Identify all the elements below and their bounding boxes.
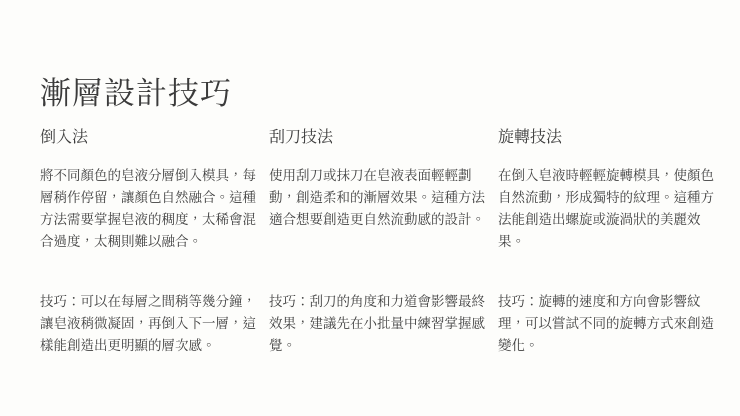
slide: 漸層設計技巧 倒入法 將不同顏色的皂液分層倒入模具，每層稍作停留，讓顏色自然融合…: [0, 0, 740, 416]
section-pouring: 倒入法 將不同顏色的皂液分層倒入模具，每層稍作停留，讓顏色自然融合。這種方法需要…: [40, 126, 258, 253]
section-heading-scraper: 刮刀技法: [269, 126, 487, 150]
section-tip-rotation: 技巧：旋轉的速度和方向會影響紋理，可以嘗試不同的旋轉方式來創造變化。: [498, 291, 716, 357]
section-heading-rotation: 旋轉技法: [498, 126, 716, 150]
section-rotation: 旋轉技法 在倒入皂液時輕輕旋轉模具，使顏色自然流動，形成獨特的紋理。這種方法能創…: [498, 126, 716, 253]
technique-columns: 倒入法 將不同顏色的皂液分層倒入模具，每層稍作停留，讓顏色自然融合。這種方法需要…: [40, 126, 716, 253]
section-body-pouring: 將不同顏色的皂液分層倒入模具，每層稍作停留，讓顏色自然融合。這種方法需要掌握皂液…: [40, 165, 258, 253]
page-title: 漸層設計技巧: [40, 74, 232, 114]
section-body-rotation: 在倒入皂液時輕輕旋轉模具，使顏色自然流動，形成獨特的紋理。這種方法能創造出螺旋或…: [498, 165, 716, 253]
section-tip-pouring: 技巧：可以在每層之間稍等幾分鐘，讓皂液稍微凝固，再倒入下一層，這樣能創造出更明顯…: [40, 291, 258, 357]
section-tip-scraper: 技巧：刮刀的角度和力道會影響最終效果，建議先在小批量中練習掌握感覺。: [269, 291, 487, 357]
section-body-scraper: 使用刮刀或抹刀在皂液表面輕輕劃動，創造柔和的漸層效果。這種方法適合想要創造更自然…: [269, 165, 487, 231]
technique-tips-row: 技巧：可以在每層之間稍等幾分鐘，讓皂液稍微凝固，再倒入下一層，這樣能創造出更明顯…: [40, 291, 716, 357]
section-heading-pouring: 倒入法: [40, 126, 258, 150]
section-scraper: 刮刀技法 使用刮刀或抹刀在皂液表面輕輕劃動，創造柔和的漸層效果。這種方法適合想要…: [269, 126, 487, 253]
